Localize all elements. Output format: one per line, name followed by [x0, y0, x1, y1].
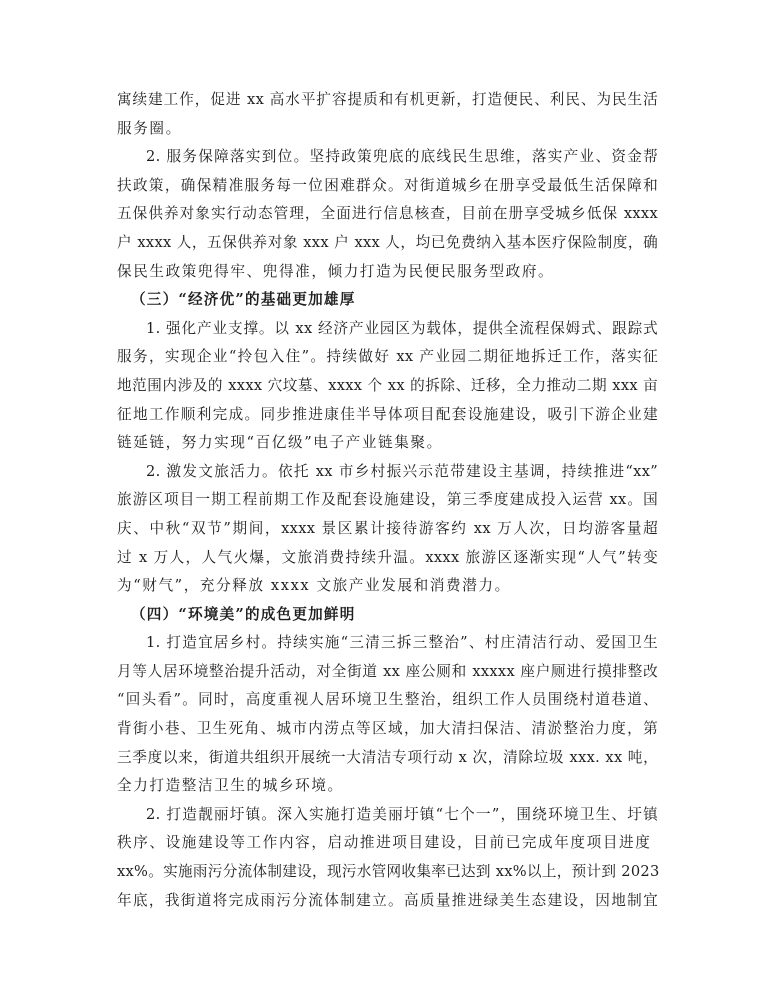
text-line: 为“财气”，充分释放 xxxx 文旅产业发展和消费潜力。	[117, 572, 658, 601]
text-line: 五保供养对象实行动态管理，全面进行信息核查，目前在册享受城乡低保 xxxx	[117, 200, 658, 229]
text-line: 年底，我街道将完成雨污分流体制建立。高质量推进绿美生态建设，因地制宜	[117, 887, 658, 916]
text-line: 月等人居环境整治提升活动，对全街道 xx 座公厕和 xxxxx 座户厕进行摸排整…	[117, 658, 658, 687]
paragraph-industry-support: 1. 强化产业支撑。以 xx 经济产业园区为载体，提供全流程保姆式、跟踪式 服务…	[117, 315, 658, 458]
text-line: 秩序、设施建设等工作内容，启动推进项目建设，目前已完成年度项目进度	[117, 829, 658, 858]
text-line: 2. 服务保障落实到位。坚持政策兜底的底线民生思维，落实产业、资金帮	[117, 143, 658, 172]
text-line: 服务，实现企业“拎包入住”。持续做好 xx 产业园二期征地拆迁工作，落实征	[117, 343, 658, 372]
text-line: 背街小巷、卫生死角、城市内涝点等区域，加大清扫保洁、清淤整治力度，第	[117, 715, 658, 744]
paragraph-livable-villages: 1. 打造宜居乡村。持续实施“三清三拆三整治”、村庄清洁行动、爱国卫生 月等人居…	[117, 629, 658, 801]
text-line: 保民生政策兜得牢、兜得准，倾力打造为民便民服务型政府。	[117, 258, 658, 287]
text-line: 三季度以来，街道共组织开展统一大清洁专项行动 x 次，清除垃圾 xxx. xx …	[117, 744, 658, 773]
document-page: 寓续建工作，促进 xx 高水平扩容提质和有机更新，打造便民、利民、为民生活 服务…	[117, 86, 658, 915]
text-line: 寓续建工作，促进 xx 高水平扩容提质和有机更新，打造便民、利民、为民生活	[117, 86, 658, 115]
section-heading-environment: （四）“环境美”的成色更加鲜明	[117, 601, 658, 630]
text-line: 2. 激发文旅活力。依托 xx 市乡村振兴示范带建设主基调，持续推进“xx”	[117, 458, 658, 487]
text-line: 庆、中秋“双节”期间，xxxx 景区累计接待游客约 xx 万人次，日均游客量超	[117, 515, 658, 544]
text-line: 1. 打造宜居乡村。持续实施“三清三拆三整治”、村庄清洁行动、爱国卫生	[117, 629, 658, 658]
text-line: “回头看”。同时，高度重视人居环境卫生整治，组织工作人员围绕村道巷道、	[117, 686, 658, 715]
paragraph-tourism-vitality: 2. 激发文旅活力。依托 xx 市乡村振兴示范带建设主基调，持续推进“xx” 旅…	[117, 458, 658, 601]
text-line: 全力打造整洁卫生的城乡环境。	[117, 772, 658, 801]
paragraph-continuation: 寓续建工作，促进 xx 高水平扩容提质和有机更新，打造便民、利民、为民生活 服务…	[117, 86, 658, 143]
text-line: 过 x 万人，人气火爆，文旅消费持续升温。xxxx 旅游区逐渐实现“人气”转变	[117, 544, 658, 573]
text-line: 户 xxxx 人，五保供养对象 xxx 户 xxx 人，均已免费纳入基本医疗保险…	[117, 229, 658, 258]
text-line: 1. 强化产业支撑。以 xx 经济产业园区为载体，提供全流程保姆式、跟踪式	[117, 315, 658, 344]
text-line: 2. 打造靓丽圩镇。深入实施打造美丽圩镇“七个一”，围绕环境卫生、圩镇	[117, 801, 658, 830]
text-line: 服务圈。	[117, 115, 658, 144]
text-line: 链延链，努力实现“百亿级”电子产业链集聚。	[117, 429, 658, 458]
text-line: 征地工作顺利完成。同步推进康佳半导体项目配套设施建设，吸引下游企业建	[117, 401, 658, 430]
text-line: 旅游区项目一期工程前期工作及配套设施建设，第三季度建成投入运营 xx。国	[117, 486, 658, 515]
paragraph-service-guarantee: 2. 服务保障落实到位。坚持政策兜底的底线民生思维，落实产业、资金帮 扶政策，确…	[117, 143, 658, 286]
paragraph-beautiful-towns: 2. 打造靓丽圩镇。深入实施打造美丽圩镇“七个一”，围绕环境卫生、圩镇 秩序、设…	[117, 801, 658, 915]
section-heading-economy: （三）“经济优”的基础更加雄厚	[117, 286, 658, 315]
text-line: xx%。实施雨污分流体制建设，现污水管网收集率已达到 xx%以上，预计到 202…	[117, 858, 658, 887]
text-line: 地范围内涉及的 xxxx 穴坟墓、xxxx 个 xx 的拆除、迁移，全力推动二期…	[117, 372, 658, 401]
text-line: 扶政策，确保精准服务每一位困难群众。对街道城乡在册享受最低生活保障和	[117, 172, 658, 201]
